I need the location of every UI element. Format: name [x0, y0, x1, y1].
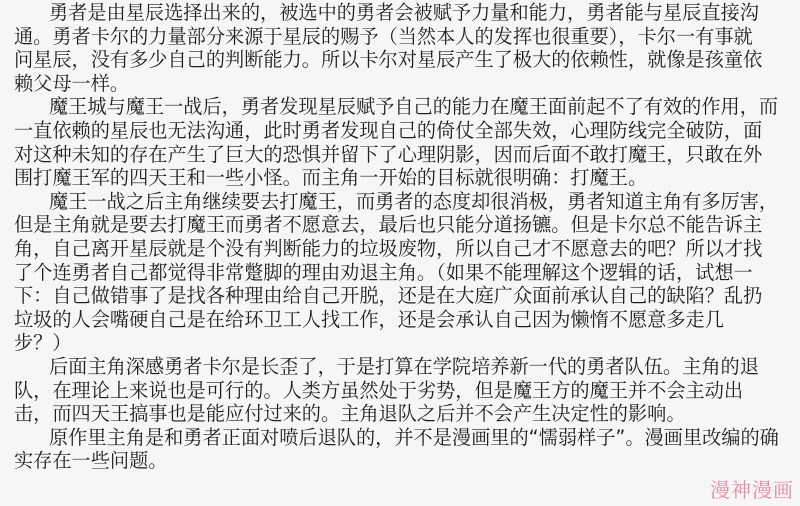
text-line: 原作里主角是和勇者正面对喷后退队的，并不是漫画里的“懦弱样子”。漫画里改编的确: [14, 426, 790, 450]
paragraph-5: 原作里主角是和勇者正面对喷后退队的，并不是漫画里的“懦弱样子”。漫画里改编的确 …: [14, 426, 790, 473]
paragraph-4: 后面主角深感勇者卡尔是长歪了，于是打算在学院培养新一代的勇者队伍。主角的退 队，…: [14, 355, 790, 426]
text-line: 魔王一战之后主角继续要去打魔王，而勇者的态度却很消极，勇者知道主角有多厉害，: [14, 190, 790, 214]
watermark: 漫神漫画: [710, 474, 794, 503]
text-line: 赖父母一样。: [14, 72, 790, 96]
paragraph-2: 魔王城与魔王一战后，勇者发现星辰赋予自己的能力在魔王面前起不了有效的作用，而 一…: [14, 95, 790, 189]
text-line: 下：自己做错事了是找各种理由给自己开脱，还是在大庭广众面前承认自己的缺陷？乱扔: [14, 284, 790, 308]
paragraph-3: 魔王一战之后主角继续要去打魔王，而勇者的态度却很消极，勇者知道主角有多厉害， 但…: [14, 190, 790, 355]
text-line: 实存在一些问题。: [14, 449, 790, 473]
text-line: 但是主角就是要去打魔王而勇者不愿意去，最后也只能分道扬镳。但是卡尔总不能告诉主: [14, 213, 790, 237]
text-line: 问星辰，没有多少自己的判断能力。所以卡尔对星辰产生了极大的依赖性，就像是孩童依: [14, 48, 790, 72]
article-body: 勇者是由星辰选择出来的，被选中的勇者会被赋予力量和能力，勇者能与星辰直接沟 通。…: [14, 1, 790, 473]
text-line: 步？）: [14, 331, 790, 355]
text-line: 围打魔王军的四天王和一些小怪。而主角一开始的目标就很明确：打魔王。: [14, 166, 790, 190]
text-line: 垃圾的人会嘴硬自己是在给环卫工人找工作，还是会承认自己因为懒惰不愿意多走几: [14, 308, 790, 332]
text-line: 击，而四天王搞事也是能应付过来的。主角退队之后并不会产生决定性的影响。: [14, 402, 790, 426]
text-line: 一直依赖的星辰也无法沟通，此时勇者发现自己的倚仗全部失效，心理防线完全破防，面: [14, 119, 790, 143]
text-line: 后面主角深感勇者卡尔是长歪了，于是打算在学院培养新一代的勇者队伍。主角的退: [14, 355, 790, 379]
text-line: 勇者是由星辰选择出来的，被选中的勇者会被赋予力量和能力，勇者能与星辰直接沟: [14, 1, 790, 25]
text-line: 了个连勇者自己都觉得非常蹩脚的理由劝退主角。（如果不能理解这个逻辑的话，试想一: [14, 261, 790, 285]
text-line: 角，自己离开星辰就是个没有判断能力的垃圾废物，所以自己才不愿意去的吧？所以才找: [14, 237, 790, 261]
paragraph-1: 勇者是由星辰选择出来的，被选中的勇者会被赋予力量和能力，勇者能与星辰直接沟 通。…: [14, 1, 790, 95]
text-line: 通。勇者卡尔的力量部分来源于星辰的赐予（当然本人的发挥也很重要），卡尔一有事就: [14, 25, 790, 49]
text-line: 魔王城与魔王一战后，勇者发现星辰赋予自己的能力在魔王面前起不了有效的作用，而: [14, 95, 790, 119]
text-line: 队，在理论上来说也是可行的。人类方虽然处于劣势，但是魔王方的魔王并不会主动出: [14, 379, 790, 403]
text-line: 对这种未知的存在产生了巨大的恐惧并留下了心理阴影，因而后面不敢打魔王，只敢在外: [14, 143, 790, 167]
